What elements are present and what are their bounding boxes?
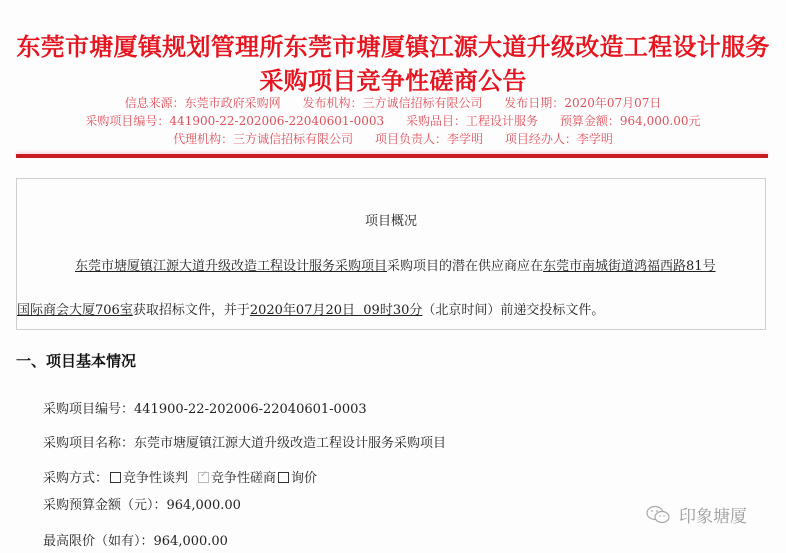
checkbox-label-competitive-consultation: 竞争性磋商 xyxy=(211,471,276,486)
meta-publisher: 发布机构：三方诚信招标有限公司 xyxy=(302,96,482,110)
meta-project-no-value: 441900-22-202006-22040601-0003 xyxy=(169,114,384,128)
meta-publisher-label: 发布机构： xyxy=(302,96,362,110)
overview-paragraph: 东莞市塘厦镇江源大道升级改造工程设计服务采购项目采购项目的潜在供应商应在东莞市南… xyxy=(17,245,765,333)
overview-deadline: 2020年07月20日 09时30分 xyxy=(250,303,423,318)
project-overview-box: 项目概况 东莞市塘厦镇江源大道升级改造工程设计服务采购项目采购项目的潜在供应商应… xyxy=(16,178,766,330)
wechat-icon xyxy=(645,505,671,525)
meta-project-no: 采购项目编号：441900-22-202006-22040601-0003 xyxy=(85,114,384,128)
field-max-price-value: 964,000.00 xyxy=(154,534,228,549)
meta-publish-date-label: 发布日期： xyxy=(504,96,564,110)
field-budget: 采购预算金额（元）：964,000.00 xyxy=(43,494,241,513)
meta-budget-value: 964,000.00元 xyxy=(620,114,701,128)
overview-text-3: （北京时间）前递交投标文件。 xyxy=(422,303,604,318)
header-divider xyxy=(16,154,768,158)
overview-address-part2: 国际商会大厦706室 xyxy=(17,303,133,318)
meta-row-2: 采购项目编号：441900-22-202006-22040601-0003 采购… xyxy=(0,112,786,130)
title-line-2: 采购项目竞争性磋商公告 xyxy=(0,64,786,98)
meta-row-3: 代理机构：三方诚信招标有限公司 项目负责人：李学明 项目经办人：李学明 xyxy=(0,130,786,148)
meta-manager: 项目负责人：李学明 xyxy=(375,132,483,146)
checkbox-label-competitive-negotiation: 竞争性谈判 xyxy=(123,471,188,486)
field-project-no: 采购项目编号：441900-22-202006-22040601-0003 xyxy=(43,398,367,417)
field-procurement-method: 采购方式：竞争性谈判竞争性磋商询价 xyxy=(43,467,317,486)
checkbox-inquiry[interactable] xyxy=(278,472,289,483)
announcement-title: 东莞市塘厦镇规划管理所东莞市塘厦镇江源大道升级改造工程设计服务 采购项目竞争性磋… xyxy=(0,30,786,98)
overview-text-1: 采购项目的潜在供应商应在 xyxy=(387,259,543,274)
meta-handler: 项目经办人：李学明 xyxy=(505,132,613,146)
meta-project-no-label: 采购项目编号： xyxy=(85,114,169,128)
field-max-price: 最高限价（如有）：964,000.00 xyxy=(43,530,228,549)
meta-publish-date: 发布日期：2020年07月07日 xyxy=(504,96,661,110)
meta-agency-label: 代理机构： xyxy=(173,132,233,146)
meta-agency-value: 三方诚信招标有限公司 xyxy=(233,132,353,146)
overview-line-2: 国际商会大厦706室获取招标文件，并于2020年07月20日 09时30分（北京… xyxy=(17,289,765,333)
overview-title: 项目概况 xyxy=(17,210,765,229)
overview-project-name: 东莞市塘厦镇江源大道升级改造工程设计服务采购项目 xyxy=(75,259,387,274)
overview-address-part1: 东莞市南城街道鸿福西路81号 xyxy=(543,259,716,274)
field-project-name: 采购项目名称：东莞市塘厦镇江源大道升级改造工程设计服务采购项目 xyxy=(43,432,446,451)
meta-manager-label: 项目负责人： xyxy=(375,132,447,146)
checkbox-competitive-consultation[interactable] xyxy=(198,472,209,483)
meta-row-1: 信息来源：东莞市政府采购网 发布机构：三方诚信招标有限公司 发布日期：2020年… xyxy=(0,94,786,112)
field-project-name-value: 东莞市塘厦镇江源大道升级改造工程设计服务采购项目 xyxy=(134,436,446,451)
meta-budget-label: 预算金额： xyxy=(560,114,620,128)
overview-text-2: 获取招标文件，并于 xyxy=(133,303,250,318)
checkbox-label-inquiry: 询价 xyxy=(291,471,317,486)
meta-budget: 预算金额：964,000.00元 xyxy=(560,114,701,128)
meta-source: 信息来源：东莞市政府采购网 xyxy=(125,96,281,110)
meta-agency: 代理机构：三方诚信招标有限公司 xyxy=(173,132,353,146)
watermark-text: 印象塘厦 xyxy=(679,507,747,527)
meta-category-label: 采购品目： xyxy=(406,114,466,128)
meta-publish-date-value: 2020年07月07日 xyxy=(564,96,661,110)
announcement-meta: 信息来源：东莞市政府采购网 发布机构：三方诚信招标有限公司 发布日期：2020年… xyxy=(0,94,786,148)
field-max-price-label: 最高限价（如有）： xyxy=(43,534,154,549)
field-project-no-value: 441900-22-202006-22040601-0003 xyxy=(134,402,367,417)
meta-publisher-value: 三方诚信招标有限公司 xyxy=(362,96,482,110)
meta-manager-value: 李学明 xyxy=(447,132,483,146)
checkbox-competitive-negotiation[interactable] xyxy=(110,472,121,483)
meta-source-value: 东莞市政府采购网 xyxy=(185,96,281,110)
meta-handler-label: 项目经办人： xyxy=(505,132,577,146)
meta-handler-value: 李学明 xyxy=(577,132,613,146)
meta-category-value: 工程设计服务 xyxy=(466,114,538,128)
title-line-1: 东莞市塘厦镇规划管理所东莞市塘厦镇江源大道升级改造工程设计服务 xyxy=(0,30,786,64)
section-heading-basic-info: 一、项目基本情况 xyxy=(16,350,136,371)
field-method-label: 采购方式： xyxy=(43,471,108,486)
field-project-name-label: 采购项目名称： xyxy=(43,436,134,451)
overview-line-1: 东莞市塘厦镇江源大道升级改造工程设计服务采购项目采购项目的潜在供应商应在东莞市南… xyxy=(17,245,765,289)
field-budget-label: 采购预算金额（元）： xyxy=(43,498,167,513)
watermark: 印象塘厦 xyxy=(645,502,747,527)
field-project-no-label: 采购项目编号： xyxy=(43,402,134,417)
meta-category: 采购品目：工程设计服务 xyxy=(406,114,538,128)
meta-source-label: 信息来源： xyxy=(125,96,185,110)
field-budget-value: 964,000.00 xyxy=(167,498,241,513)
